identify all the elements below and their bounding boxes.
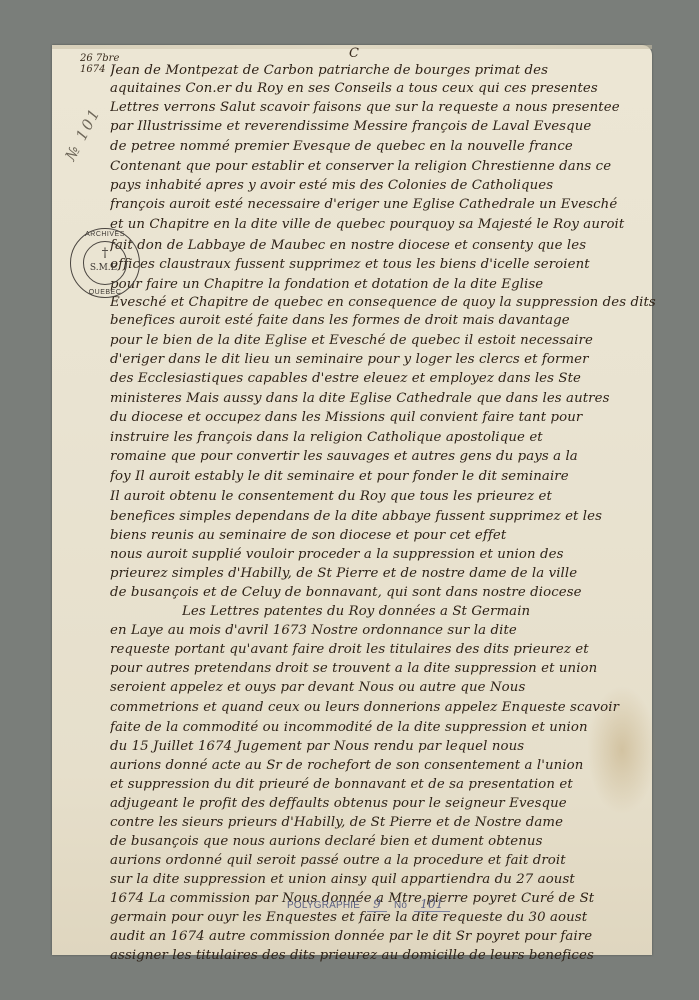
archives-stamp: ARCHIVES † S.M.E. QUEBEC [70, 228, 140, 298]
text-line: benefices auroit esté faite dans les for… [110, 313, 680, 328]
manuscript-page: C 26 7bre 1674 № 101 Jean de Montpezat d… [52, 45, 652, 955]
text-line: Evesché et Chapitre de quebec en consequ… [110, 295, 680, 310]
text-line: aquitaines Con.er du Roy en ses Conseils… [110, 81, 680, 96]
catalog-number: 101 [414, 897, 450, 912]
text-line: pays inhabité apres y avoir esté mis des… [110, 178, 680, 193]
text-line: ministeres Mais aussy dans la dite Eglis… [110, 391, 680, 406]
text-line: romaine que pour convertir les sauvages … [110, 449, 680, 464]
text-line: nous auroit supplié vouloir proceder a l… [110, 547, 680, 562]
text-line: offices claustraux fussent supprimez et … [110, 257, 680, 272]
text-line: biens reunis au seminaire de son diocese… [110, 528, 680, 543]
text-line: pour faire un Chapitre la fondation et d… [110, 277, 680, 292]
text-line: benefices simples dependans de la dite a… [110, 509, 680, 524]
text-line: en Laye au mois d'avril 1673 Nostre ordo… [110, 623, 680, 638]
stamp-center-text: S.M.E. [71, 263, 139, 273]
stamp-top-text: ARCHIVES [71, 231, 139, 238]
catalog-volume: 9 [367, 897, 387, 912]
text-line: foy Il auroit estably le dit seminaire e… [110, 469, 680, 484]
text-line: pour le bien de la dite Eglise et Evesch… [110, 333, 680, 348]
text-line: fait don de Labbaye de Maubec en nostre … [110, 238, 680, 253]
text-line: seroient appelez et ouys par devant Nous… [110, 680, 680, 695]
text-line: du diocese et occupez dans les Missions … [110, 410, 680, 425]
text-line: de busançois que nous aurions declaré bi… [110, 834, 680, 849]
text-line: des Ecclesiastiques capables d'estre ele… [110, 371, 680, 386]
text-line: assigner les titulaires des dits prieure… [110, 948, 680, 963]
catalog-label: POLYGRAPHIE [287, 900, 360, 911]
text-line: du 15 Juillet 1674 Jugement par Nous ren… [110, 739, 680, 754]
text-line: audit an 1674 autre commission donnée pa… [110, 929, 680, 944]
stamp-bottom-text: QUEBEC [71, 289, 139, 296]
text-line: commetrions et quand ceux ou leurs donne… [110, 700, 680, 715]
text-line: Lettres verrons Salut scavoir faisons qu… [110, 100, 680, 115]
catalog-stamp: POLYGRAPHIE 9 No 101 [287, 897, 454, 911]
text-line: faite de la commodité ou incommodité de … [110, 720, 680, 735]
text-line: instruire les françois dans la religion … [110, 430, 680, 445]
text-line: pour autres pretendans droit se trouvent… [110, 661, 680, 676]
catalog-number-label: No [394, 900, 407, 911]
text-line: par Illustrissime et reverendissime Mess… [110, 119, 680, 134]
text-line: Jean de Montpezat de Carbon patriarche d… [110, 63, 630, 78]
text-line: Il auroit obtenu le consentement du Roy … [110, 489, 680, 504]
text-line: contre les sieurs prieurs d'Habilly, de … [110, 815, 680, 830]
text-line: prieurez simples d'Habilly, de St Pierre… [110, 566, 680, 581]
text-line: d'eriger dans le dit lieu un seminaire p… [110, 352, 680, 367]
text-line: Les Lettres patentes du Roy données a St… [182, 604, 622, 619]
text-line: françois auroit esté necessaire d'eriger… [110, 197, 680, 212]
text-line: aurions ordonné quil seroit passé outre … [110, 853, 680, 868]
text-line: de busançois et de Celuy de bonnavant, q… [110, 585, 680, 600]
text-line: et suppression du dit prieuré de bonnava… [110, 777, 680, 792]
cross-icon: † [71, 246, 139, 261]
text-line: requeste portant qu'avant faire droit le… [110, 642, 680, 657]
text-line: sur la dite suppression et union ainsy q… [110, 872, 680, 887]
text-line: germain pour ouyr les Enquestes et faire… [110, 910, 680, 925]
manuscript-text: Jean de Montpezat de Carbon patriarche d… [52, 45, 652, 955]
text-line: Contenant que pour establir et conserver… [110, 159, 630, 174]
text-line: adjugeant le profit des deffaults obtenu… [110, 796, 680, 811]
text-line: de petree nommé premier Evesque de quebe… [110, 139, 680, 154]
text-line: aurions donné acte au Sr de rochefort de… [110, 758, 680, 773]
text-line: et un Chapitre en la dite ville de quebe… [110, 217, 680, 232]
